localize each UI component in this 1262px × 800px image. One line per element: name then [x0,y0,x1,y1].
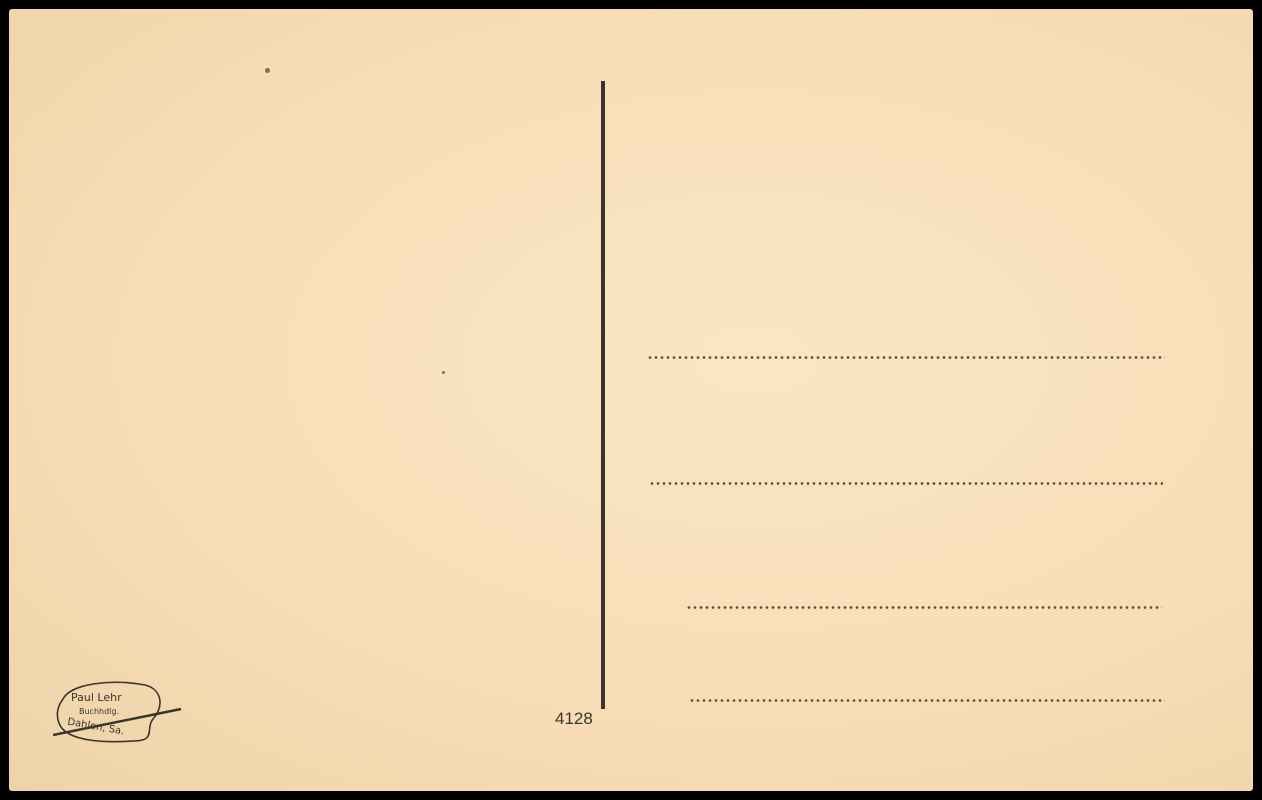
card-number: 4128 [555,709,593,729]
center-divider-line [601,81,605,709]
address-line-2 [649,482,1163,485]
postcard-back: 4128 Paul Lehr Buchhdlg. Dahlen, Sa. [9,9,1253,791]
stamp-line2: Buchhdlg. [79,707,119,716]
address-line-1 [647,356,1165,359]
address-line-3 [686,606,1162,609]
address-line-4 [689,699,1165,702]
stamp-line1: Paul Lehr [71,691,122,704]
stamp-line3: Dahlen, Sa. [67,717,125,738]
paper-speck [265,68,270,73]
publisher-stamp: Paul Lehr Buchhdlg. Dahlen, Sa. [53,677,183,747]
paper-speck [442,371,445,374]
